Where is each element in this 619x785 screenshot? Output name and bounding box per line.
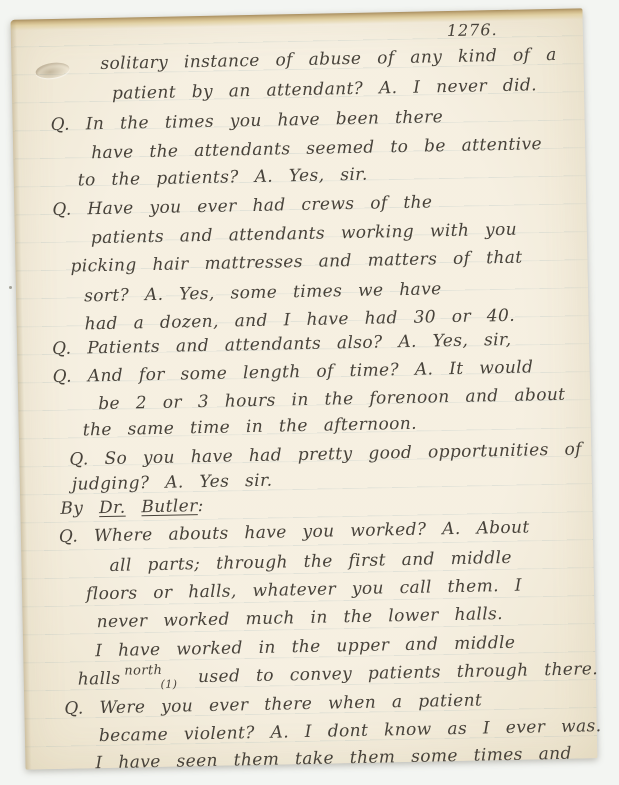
manuscript-line: have the attendants seemed to be attenti… — [91, 134, 542, 163]
line-text — [125, 497, 141, 517]
manuscript-line: be 2 or 3 hours in the forenoon and abou… — [98, 385, 566, 414]
manuscript-line: Q. Have you ever had crews of the — [52, 192, 432, 220]
line-text: became violent? A. I dont know as I ever… — [99, 716, 602, 746]
line-text: solitary instance of abuse of any kind o… — [100, 45, 557, 74]
background-speck — [9, 286, 12, 289]
manuscript-page: 1276. solitary instance of abuse of any … — [11, 8, 598, 769]
line-text: I have worked in the upper and middle — [95, 633, 515, 661]
manuscript-line: floors or halls, whatever you call them.… — [86, 576, 522, 605]
manuscript-line: the same time in the afternoon. — [83, 414, 418, 441]
line-text: all parts; through the first and middle — [109, 548, 512, 576]
manuscript-line: Q. And for some length of time? A. It wo… — [53, 357, 534, 387]
line-text: : — [197, 496, 204, 516]
line-text: Butler — [141, 496, 198, 517]
line-text: the same time in the afternoon. — [83, 414, 418, 441]
manuscript-line: Q. Were you ever there when a patient — [64, 690, 482, 718]
manuscript-line: By Dr. Butler: — [60, 496, 204, 519]
line-text: patient by an attendant? A. I never did. — [112, 75, 537, 104]
line-text: Q. In the times you have been there — [50, 107, 443, 135]
line-text: By — [60, 498, 99, 519]
line-text: be 2 or 3 hours in the forenoon and abou… — [98, 385, 566, 414]
line-text: Q. Where abouts have you worked? A. Abou… — [59, 518, 530, 547]
manuscript-line: all parts; through the first and middle — [109, 548, 512, 576]
manuscript-line: never worked much in the lower halls. — [96, 604, 503, 632]
line-text: used to convey patients through there. — [182, 659, 598, 687]
manuscript-line: picking hair mattresses and matters of t… — [70, 248, 522, 277]
line-text: halls — [78, 669, 121, 690]
manuscript-line: solitary instance of abuse of any kind o… — [100, 45, 557, 74]
manuscript-line: Q. So you have had pretty good opportuni… — [69, 439, 582, 469]
manuscript-line: judging? A. Yes sir. — [72, 471, 273, 495]
line-text: sort? A. Yes, some times we have — [84, 279, 442, 306]
line-text: picking hair mattresses and matters of t… — [70, 248, 522, 277]
insertion-caret-mark: (1) — [160, 678, 177, 691]
line-text: I have seen them take them some times an… — [95, 744, 572, 774]
inserted-word: north — [124, 663, 162, 679]
line-text: Q. Were you ever there when a patient — [64, 690, 482, 718]
line-text: Dr. — [99, 498, 126, 519]
manuscript-line: patient by an attendant? A. I never did. — [112, 75, 537, 104]
line-text: to the patients? A. Yes, sir. — [78, 165, 368, 191]
line-text: judging? A. Yes sir. — [72, 471, 273, 495]
manuscript-line: I have worked in the upper and middle — [95, 633, 515, 661]
scan-background: 1276. solitary instance of abuse of any … — [0, 0, 619, 785]
manuscript-lines: solitary instance of abuse of any kind o… — [11, 8, 598, 769]
line-text: Q. So you have had pretty good opportuni… — [69, 439, 582, 469]
line-text: Q. Patients and attendants also? A. Yes,… — [52, 330, 512, 359]
manuscript-line: sort? A. Yes, some times we have — [84, 279, 442, 306]
manuscript-line: Q. In the times you have been there — [50, 107, 443, 135]
line-text: Q. And for some length of time? A. It wo… — [53, 357, 534, 387]
manuscript-line: became violent? A. I dont know as I ever… — [99, 716, 602, 746]
line-text: floors or halls, whatever you call them.… — [86, 576, 522, 605]
manuscript-line: I have seen them take them some times an… — [95, 744, 572, 774]
manuscript-line: hallsnorth(1) used to convey patients th… — [78, 659, 599, 689]
line-text: have the attendants seemed to be attenti… — [91, 134, 542, 163]
manuscript-line: Q. Where abouts have you worked? A. Abou… — [59, 518, 530, 547]
manuscript-line: to the patients? A. Yes, sir. — [78, 165, 368, 191]
line-text: Q. Have you ever had crews of the — [52, 192, 432, 220]
line-text: never worked much in the lower halls. — [96, 604, 503, 632]
manuscript-line: patients and attendants working with you — [91, 220, 518, 249]
manuscript-line: Q. Patients and attendants also? A. Yes,… — [52, 330, 512, 359]
line-text: patients and attendants working with you — [91, 220, 518, 249]
